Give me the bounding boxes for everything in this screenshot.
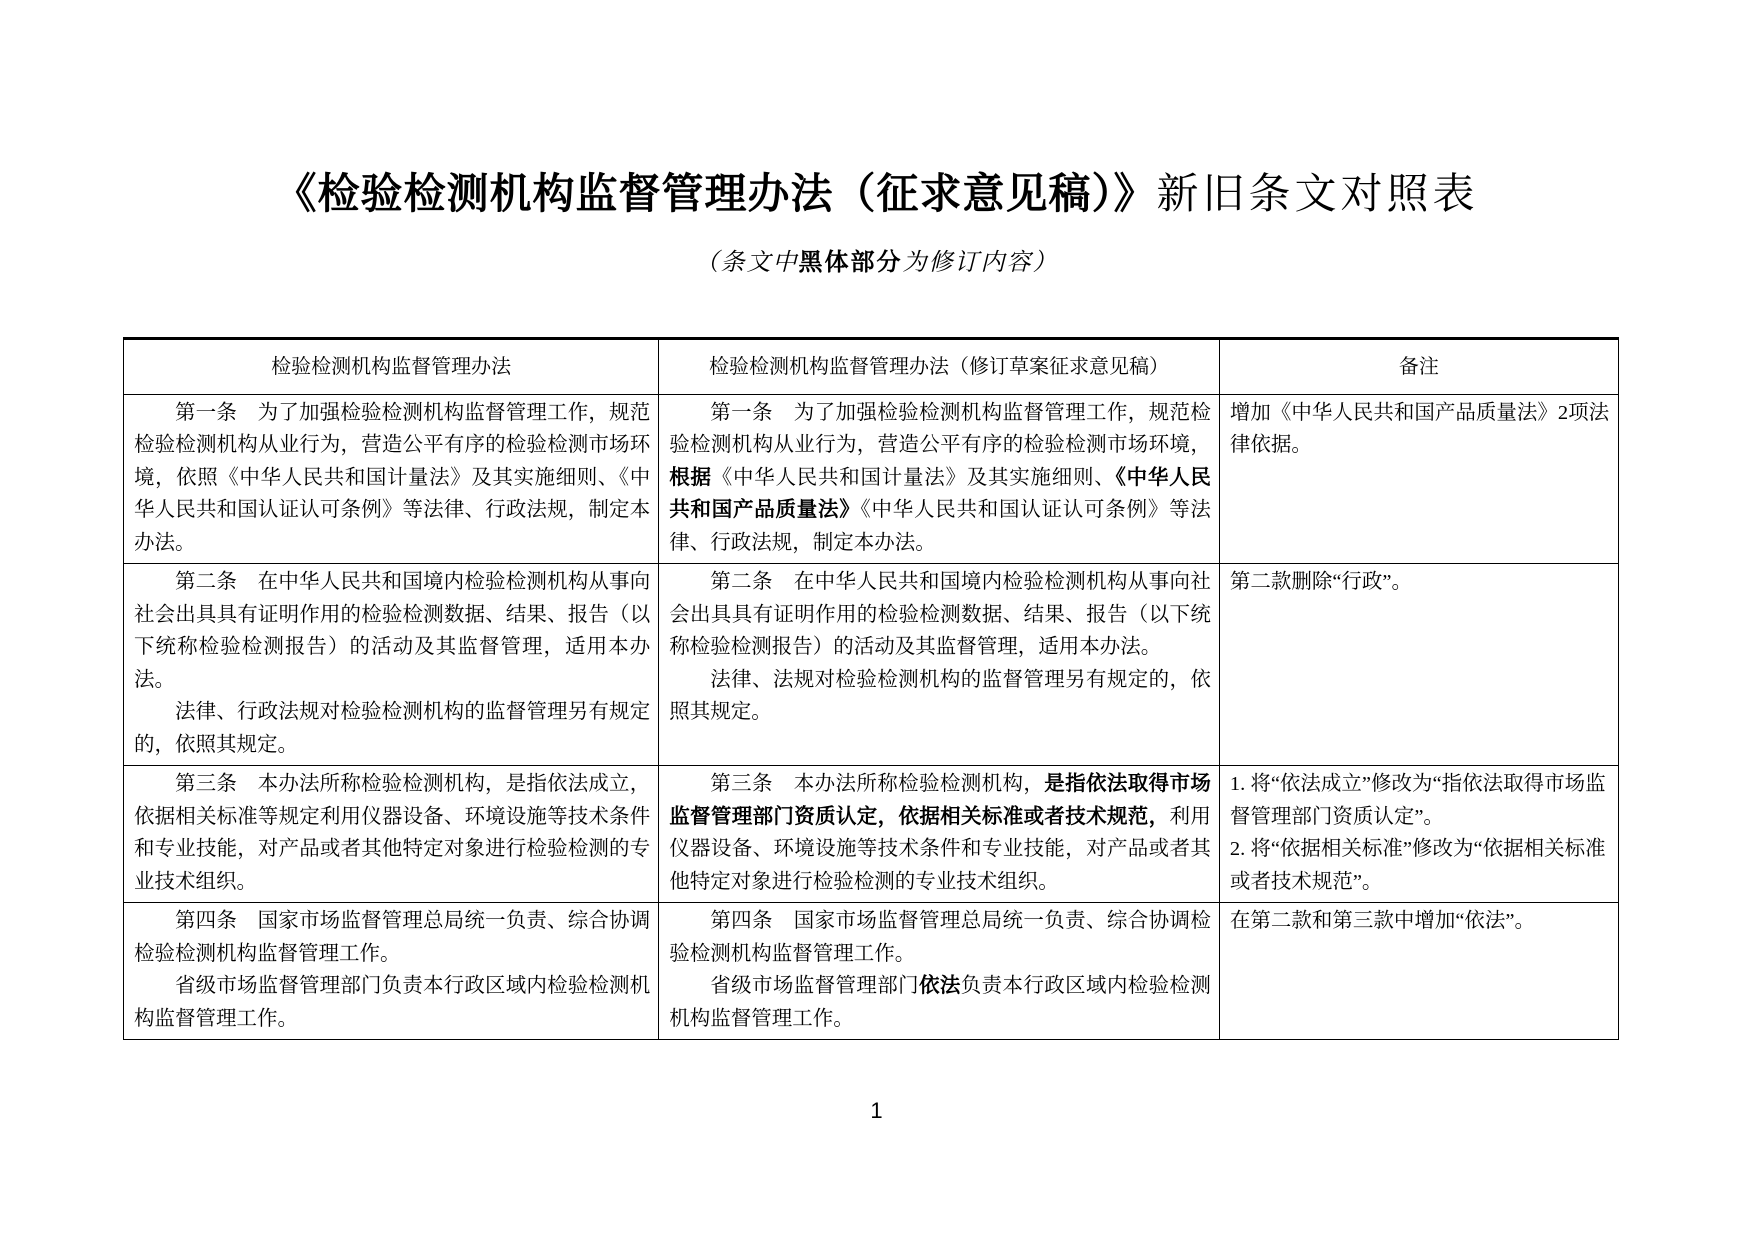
cell-note: 在第二款和第三款中增加“依法”。 <box>1219 903 1618 1040</box>
table-header-row: 检验检测机构监督管理办法 检验检测机构监督管理办法（修订草案征求意见稿） 备注 <box>124 338 1619 394</box>
body-text: 法律、法规对检验检测机构的监督管理另有规定的，依照其规定。 <box>669 669 1211 724</box>
column-header-old: 检验检测机构监督管理办法 <box>124 338 659 394</box>
body-text: 《中华人民共和国计量法》及其实施细则、 <box>712 467 1116 489</box>
comparison-table: 检验检测机构监督管理办法 检验检测机构监督管理办法（修订草案征求意见稿） 备注 … <box>123 337 1619 1041</box>
paragraph: 第二款删除“行政”。 <box>1230 566 1610 599</box>
body-text: 第二款删除“行政”。 <box>1230 571 1412 593</box>
paragraph: 增加《中华人民共和国产品质量法》2项法律依据。 <box>1230 397 1610 462</box>
body-text: 在第二款和第三款中增加“依法”。 <box>1230 910 1535 932</box>
cell-old: 第二条 在中华人民共和国境内检验检测机构从事向社会出具具有证明作用的检验检测数据… <box>124 564 659 766</box>
cell-old: 第三条 本办法所称检验检测机构，是指依法成立，依据相关标准等规定利用仪器设备、环… <box>124 766 659 903</box>
body-text: 第一条 为了加强检验检测机构监督管理工作，规范检验检测机构从业行为，营造公平有序… <box>134 402 650 554</box>
body-text: 第三条 本办法所称检验检测机构， <box>710 773 1044 795</box>
cell-new: 第二条 在中华人民共和国境内检验检测机构从事向社会出具具有证明作用的检验检测数据… <box>659 564 1220 766</box>
paragraph: 2. 将“依据相关标准”修改为“依据相关标准或者技术规范”。 <box>1230 833 1610 898</box>
cell-new: 第一条 为了加强检验检测机构监督管理工作，规范检验检测机构从业行为，营造公平有序… <box>659 394 1220 564</box>
table-header: 检验检测机构监督管理办法 检验检测机构监督管理办法（修订草案征求意见稿） 备注 <box>124 338 1619 394</box>
cell-new: 第三条 本办法所称检验检测机构，是指依法取得市场监督管理部门资质认定，依据相关标… <box>659 766 1220 903</box>
cell-note: 1. 将“依法成立”修改为“指依法取得市场监督管理部门资质认定”。2. 将“依据… <box>1219 766 1618 903</box>
page-number: 1 <box>0 1098 1753 1124</box>
paragraph: 在第二款和第三款中增加“依法”。 <box>1230 905 1610 938</box>
cell-new: 第四条 国家市场监督管理总局统一负责、综合协调检验检测机构监督管理工作。省级市场… <box>659 903 1220 1040</box>
body-text: 第二条 在中华人民共和国境内检验检测机构从事向社会出具具有证明作用的检验检测数据… <box>669 571 1211 658</box>
paragraph: 第一条 为了加强检验检测机构监督管理工作，规范检验检测机构从业行为，营造公平有序… <box>669 397 1211 560</box>
table-row: 第二条 在中华人民共和国境内检验检测机构从事向社会出具具有证明作用的检验检测数据… <box>124 564 1619 766</box>
paragraph: 第三条 本办法所称检验检测机构，是指依法成立，依据相关标准等规定利用仪器设备、环… <box>134 768 650 898</box>
body-text: 第一条 为了加强检验检测机构监督管理工作，规范检验检测机构从业行为，营造公平有序… <box>669 402 1211 457</box>
cell-old: 第四条 国家市场监督管理总局统一负责、综合协调检验检测机构监督管理工作。省级市场… <box>124 903 659 1040</box>
body-text: 第三条 本办法所称检验检测机构，是指依法成立，依据相关标准等规定利用仪器设备、环… <box>134 773 650 893</box>
page-title-bold-part: 《检验检测机构监督管理办法（征求意见稿）》 <box>274 170 1156 217</box>
paragraph: 第二条 在中华人民共和国境内检验检测机构从事向社会出具具有证明作用的检验检测数据… <box>134 566 650 696</box>
paragraph: 1. 将“依法成立”修改为“指依法取得市场监督管理部门资质认定”。 <box>1230 768 1610 833</box>
paragraph: 法律、法规对检验检测机构的监督管理另有规定的，依照其规定。 <box>669 664 1211 729</box>
paragraph: 第二条 在中华人民共和国境内检验检测机构从事向社会出具具有证明作用的检验检测数据… <box>669 566 1211 664</box>
paragraph: 法律、行政法规对检验检测机构的监督管理另有规定的，依照其规定。 <box>134 696 650 761</box>
cell-old: 第一条 为了加强检验检测机构监督管理工作，规范检验检测机构从业行为，营造公平有序… <box>124 394 659 564</box>
body-text: 法律、行政法规对检验检测机构的监督管理另有规定的，依照其规定。 <box>134 701 650 756</box>
paragraph: 第一条 为了加强检验检测机构监督管理工作，规范检验检测机构从业行为，营造公平有序… <box>134 397 650 560</box>
table-body: 第一条 为了加强检验检测机构监督管理工作，规范检验检测机构从业行为，营造公平有序… <box>124 394 1619 1040</box>
revised-text: 根据 <box>669 466 712 489</box>
body-text: 第四条 国家市场监督管理总局统一负责、综合协调检验检测机构监督管理工作。 <box>669 910 1211 965</box>
paragraph: 第三条 本办法所称检验检测机构，是指依法取得市场监督管理部门资质认定，依据相关标… <box>669 768 1211 898</box>
subtitle-bold-part: 黑体部分 <box>799 249 903 276</box>
column-header-note: 备注 <box>1219 338 1618 394</box>
body-text: 2. 将“依据相关标准”修改为“依据相关标准或者技术规范”。 <box>1230 838 1606 893</box>
paragraph: 第四条 国家市场监督管理总局统一负责、综合协调检验检测机构监督管理工作。 <box>134 905 650 970</box>
table-row: 第一条 为了加强检验检测机构监督管理工作，规范检验检测机构从业行为，营造公平有序… <box>124 394 1619 564</box>
table-row: 第三条 本办法所称检验检测机构，是指依法成立，依据相关标准等规定利用仪器设备、环… <box>124 766 1619 903</box>
paragraph: 省级市场监督管理部门负责本行政区域内检验检测机构监督管理工作。 <box>134 970 650 1035</box>
subtitle-suffix: 为修订内容） <box>903 250 1059 276</box>
table-row: 第四条 国家市场监督管理总局统一负责、综合协调检验检测机构监督管理工作。省级市场… <box>124 903 1619 1040</box>
body-text: 第二条 在中华人民共和国境内检验检测机构从事向社会出具具有证明作用的检验检测数据… <box>134 571 650 691</box>
revised-text: 依法 <box>919 974 961 997</box>
page-title-normal-part: 新旧条文对照表 <box>1157 172 1479 218</box>
paragraph: 第四条 国家市场监督管理总局统一负责、综合协调检验检测机构监督管理工作。 <box>669 905 1211 970</box>
paragraph: 省级市场监督管理部门依法负责本行政区域内检验检测机构监督管理工作。 <box>669 970 1211 1035</box>
document-page: 《检验检测机构监督管理办法（征求意见稿）》新旧条文对照表 （条文中黑体部分为修订… <box>0 0 1753 1124</box>
body-text: 省级市场监督管理部门 <box>710 975 919 997</box>
subtitle-prefix: （条文中 <box>695 250 799 276</box>
body-text: 增加《中华人民共和国产品质量法》2项法律依据。 <box>1230 402 1609 457</box>
body-text: 省级市场监督管理部门负责本行政区域内检验检测机构监督管理工作。 <box>134 975 650 1030</box>
body-text: 1. 将“依法成立”修改为“指依法取得市场监督管理部门资质认定”。 <box>1230 773 1606 828</box>
page-title: 《检验检测机构监督管理办法（征求意见稿）》新旧条文对照表 <box>0 0 1753 222</box>
column-header-new: 检验检测机构监督管理办法（修订草案征求意见稿） <box>659 338 1220 394</box>
body-text: 第四条 国家市场监督管理总局统一负责、综合协调检验检测机构监督管理工作。 <box>134 910 650 965</box>
page-subtitle: （条文中黑体部分为修订内容） <box>0 242 1753 277</box>
cell-note: 第二款删除“行政”。 <box>1219 564 1618 766</box>
cell-note: 增加《中华人民共和国产品质量法》2项法律依据。 <box>1219 394 1618 564</box>
